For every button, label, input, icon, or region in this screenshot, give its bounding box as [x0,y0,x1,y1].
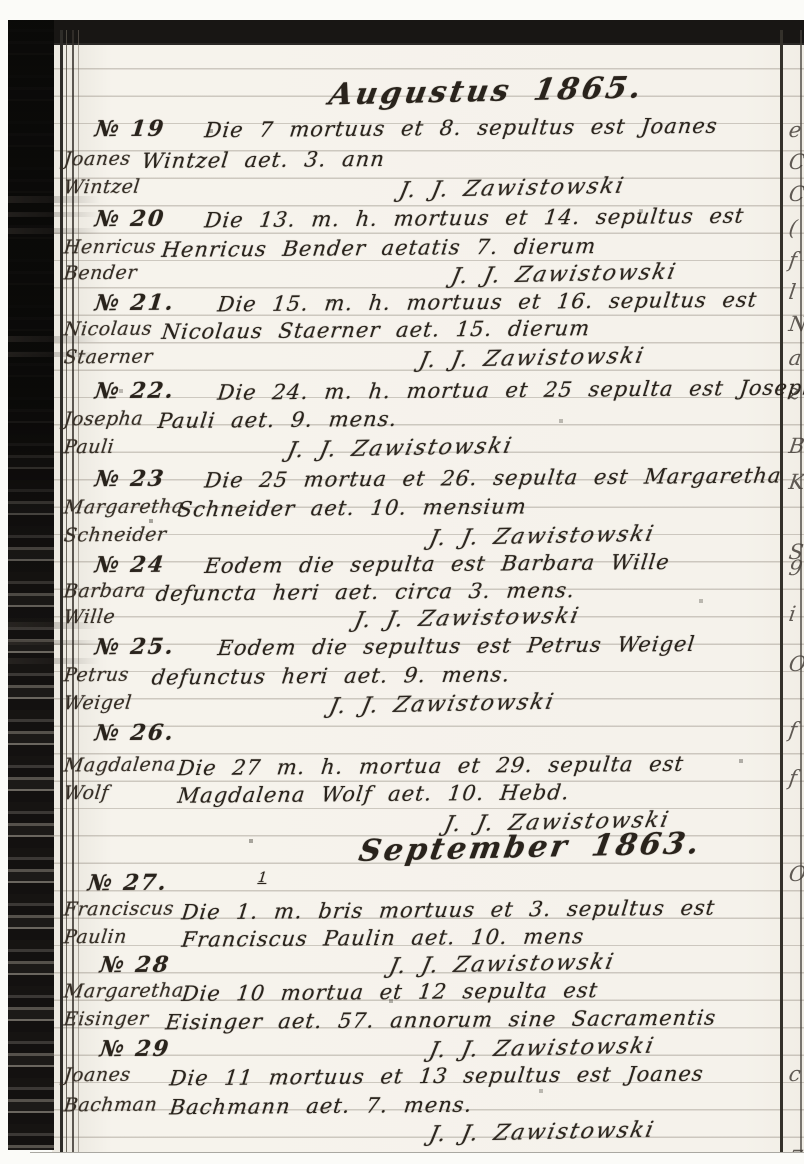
edge-text-fragment: z [787,380,801,404]
margin-name: Wolf [63,782,110,804]
margin-name: Weigel [63,692,133,715]
margin-name: Petrus [63,664,130,687]
entry-text: Die 27 m. h. mortua et 29. sepulta est [176,752,685,780]
entry-text: Bachmann aet. 7. mens. [168,1093,473,1120]
entry-number: № 23 [93,466,166,493]
manuscript-line: № 25.Eodem die sepultus est Petrus Weige… [0,634,804,664]
priest-signature: J. J. Zawistowski [427,522,658,552]
entry-text: Pauli aet. 9. mens. [157,407,399,433]
margin-name: Pauli [63,436,116,458]
entry-text: Henricus Bender aetatis 7. dierum [160,234,597,262]
entry-text: Die 10 mortua et 12 sepulta est [180,978,599,1006]
entry-text: Magdalena Wolf aet. 10. Hebd. [176,780,571,807]
manuscript-line: № 26. [0,720,804,750]
priest-signature: J. J. Zawistowski [352,604,583,634]
entry-number: № 20 [93,206,166,233]
entry-text: Die 11 mortuus et 13 sepultus est Joanes [168,1062,705,1091]
edge-text-fragment: N [787,312,804,336]
entry-text: Eodem die sepulta est Barbara Wille [203,550,671,578]
manuscript-line: WintzelJ. J. Zawistowski [0,176,804,206]
entry-number: № 22. [93,378,176,405]
manuscript-line: № 21.Die 15. m. h. mortuus et 16. sepult… [0,290,804,320]
margin-name: Bachman [63,1094,159,1117]
manuscript-line: Augustus 1865. [0,74,804,104]
entry-text: Wintzel aet. 3. ann [141,147,387,173]
manuscript-line: JoanesDie 11 mortuus et 13 sepultus est … [0,1064,804,1094]
margin-name: Franciscus [63,898,176,921]
manuscript-line: PauliJ. J. Zawistowski [0,436,804,466]
entry-text: Die 7 mortuus et 8. sepultus est Joanes [203,114,719,142]
entry-number: № 28 [98,952,171,979]
entry-text: Die 1. m. bris mortuus et 3. sepultus es… [180,896,716,925]
scan-shadow-top [8,20,804,45]
edge-text-fragment: e [787,118,803,142]
margin-name: Henricus [63,236,157,259]
edge-text-fragment: a [787,346,803,370]
manuscript-line: № 20Die 13. m. h. mortuus et 14. sepultu… [0,206,804,236]
manuscript-line: № 19Die 7 mortuus et 8. sepultus est Joa… [0,116,804,146]
entry-text: Schneider aet. 10. mensium [176,494,528,521]
manuscript-line: MargarethaSchneider aet. 10. mensium [0,496,804,526]
manuscript-line: WeigelJ. J. Zawistowski [0,692,804,722]
entry-text: Die 15. m. h. mortuus et 16. sepultus es… [216,288,758,317]
manuscript-line: JoanesWintzel aet. 3. ann [0,148,804,178]
manuscript-line: № 24Eodem die sepulta est Barbara Wille [0,552,804,582]
annotation-mark: 1 [257,870,268,886]
entry-text: Die 25 mortua et 26. sepulta est Margare… [203,463,783,492]
margin-name: Joanes [63,1064,132,1087]
entry-text: defuncta heri aet. circa 3. mens. [154,578,576,606]
priest-signature: J. J. Zawistowski [427,1034,658,1064]
entry-text: Die 13. m. h. mortuus et 14. sepultus es… [203,204,745,233]
entry-number: № 25. [93,634,176,661]
priest-signature: J. J. Zawistowski [397,174,628,204]
adjacent-column-fragments: eCC(flNazBKS9iOffOc7 [784,40,804,1152]
priest-signature: J. J. Zawistowski [285,434,516,464]
edge-text-fragment: f [787,718,798,742]
entry-text: Eodem die sepultus est Petrus Weigel [216,632,696,660]
edge-text-fragment: O [787,652,804,676]
manuscript-line: J. J. Zawistowski [0,1120,804,1150]
margin-name: Paulin [63,926,128,949]
edge-text-fragment: C [787,150,804,174]
entry-text: Eisinger aet. 57. annorum sine Sacrament… [164,1006,717,1035]
margin-name: Josepha [63,408,145,431]
entry-text: defunctus heri aet. 9. mens. [150,662,511,689]
scan-noise [0,0,2,2]
edge-text-fragment: c [787,1062,802,1086]
entry-number: № 19 [93,116,166,143]
manuscript-line: JosephaPauli aet. 9. mens. [0,408,804,438]
margin-name: Margaretha [63,979,186,1002]
priest-signature: J. J. Zawistowski [327,690,558,720]
manuscript-line: № 22.Die 24. m. h. mortua et 25 sepulta … [0,378,804,408]
entry-text: Die 24. m. h. mortua et 25 sepulta est J… [216,375,804,404]
month-header: Augustus 1865. [326,70,646,112]
manuscript-line: WolfMagdalena Wolf aet. 10. Hebd. [0,782,804,812]
margin-name: Magdalena [63,754,177,777]
margin-name: Staerner [63,346,154,369]
margin-name: Barbara [63,580,147,603]
entry-number: № 27. [86,870,169,897]
margin-name: Joanes [63,148,132,171]
entry-number: № 21. [93,290,176,317]
priest-signature: J. J. Zawistowski [417,344,648,374]
entry-number: № 29 [98,1036,171,1063]
edge-text-fragment: ( [787,216,799,240]
edge-text-fragment: O [787,862,804,886]
edge-text-fragment: C [787,182,804,206]
edge-text-fragment: K [787,470,804,494]
edge-text-fragment: f [787,248,798,272]
manuscript-line: Petrusdefunctus heri aet. 9. mens. [0,664,804,694]
edge-text-fragment: f [787,766,798,790]
edge-text-fragment: i [787,602,797,626]
edge-text-fragment: 9 [787,556,804,580]
entry-text: Nicolaus Staerner aet. 15. dierum [160,316,591,344]
edge-text-fragment: B [787,434,804,458]
margin-name: Nicolaus [63,318,154,341]
bottom-rule-line [30,1152,804,1153]
manuscript-line: SchneiderJ. J. Zawistowski [0,524,804,554]
entry-text: Franciscus Paulin aet. 10. mens [180,924,585,952]
manuscript-line: September 1863. [0,830,804,860]
manuscript-line: MagdalenaDie 27 m. h. mortua et 29. sepu… [0,754,804,784]
priest-signature: J. J. Zawistowski [427,1118,658,1148]
margin-name: Margaretha [63,495,186,518]
manuscript-line: FranciscusDie 1. m. bris mortuus et 3. s… [0,898,804,928]
register-page-scan: Augustus 1865.№ 19Die 7 mortuus et 8. se… [0,0,804,1164]
edge-text-fragment: 7 [787,1146,804,1152]
manuscript-line: StaernerJ. J. Zawistowski [0,346,804,376]
margin-name: Eisinger [63,1008,150,1031]
entry-number: № 24 [93,552,166,579]
margin-name: Schneider [63,524,168,547]
priest-signature: J. J. Zawistowski [387,950,618,980]
margin-name: Bender [63,262,139,285]
manuscript-line: EisingerEisinger aet. 57. annorum sine S… [0,1008,804,1038]
edge-text-fragment: l [787,280,797,304]
priest-signature: J. J. Zawistowski [449,260,680,290]
manuscript-line: № 23Die 25 mortua et 26. sepulta est Mar… [0,466,804,496]
entry-number: № 26. [93,720,176,747]
manuscript-line: № 28J. J. Zawistowski [0,952,804,982]
margin-name: Wille [63,606,117,628]
margin-name: Wintzel [63,176,142,199]
manuscript-line: NicolausNicolaus Staerner aet. 15. dieru… [0,318,804,348]
